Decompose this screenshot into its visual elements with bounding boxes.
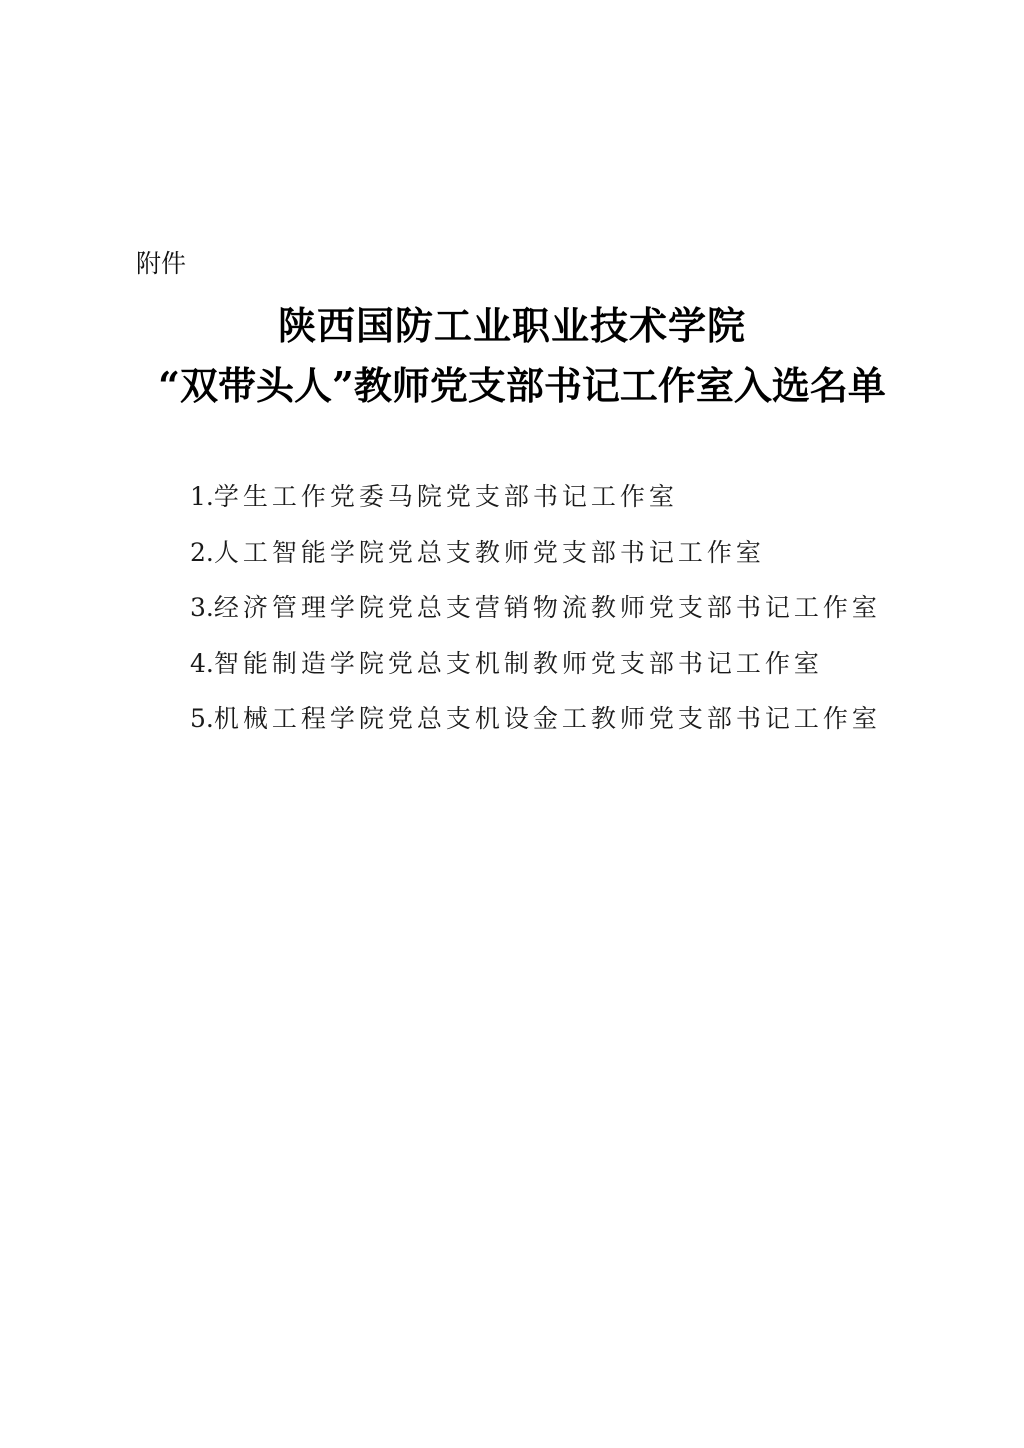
list-item: 1.学生工作党委马院党支部书记工作室 [190, 478, 881, 516]
list-item: 3.经济管理学院党总支营销物流教师党支部书记工作室 [190, 589, 881, 627]
list-item-text: 学生工作党委马院党支部书记工作室 [214, 482, 678, 511]
selection-list: 1.学生工作党委马院党支部书记工作室 2.人工智能学院党总支教师党支部书记工作室… [190, 478, 881, 756]
document-page: 附件 陕西国防工业职业技术学院 “双带头人”教师党支部书记工作室入选名单 1.学… [0, 0, 1024, 1448]
list-item: 4.智能制造学院党总支机制教师党支部书记工作室 [190, 645, 881, 683]
list-item-text: 机械工程学院党总支机设金工教师党支部书记工作室 [214, 704, 881, 733]
list-item: 2.人工智能学院党总支教师党支部书记工作室 [190, 534, 881, 572]
list-item-text: 智能制造学院党总支机制教师党支部书记工作室 [214, 649, 823, 678]
attachment-label: 附件 [136, 247, 186, 281]
list-item: 5.机械工程学院党总支机设金工教师党支部书记工作室 [190, 700, 881, 738]
list-item-number: 3. [190, 593, 214, 622]
list-item-text: 经济管理学院党总支营销物流教师党支部书记工作室 [214, 593, 881, 622]
list-item-number: 5. [190, 704, 214, 733]
list-item-number: 1. [190, 482, 214, 511]
list-item-number: 4. [190, 649, 214, 678]
list-item-text: 人工智能学院党总支教师党支部书记工作室 [214, 538, 765, 567]
title-line-institution: 陕西国防工业职业技术学院 [0, 303, 1024, 349]
list-item-number: 2. [190, 538, 214, 567]
title-line-subject: “双带头人”教师党支部书记工作室入选名单 [0, 363, 1024, 409]
